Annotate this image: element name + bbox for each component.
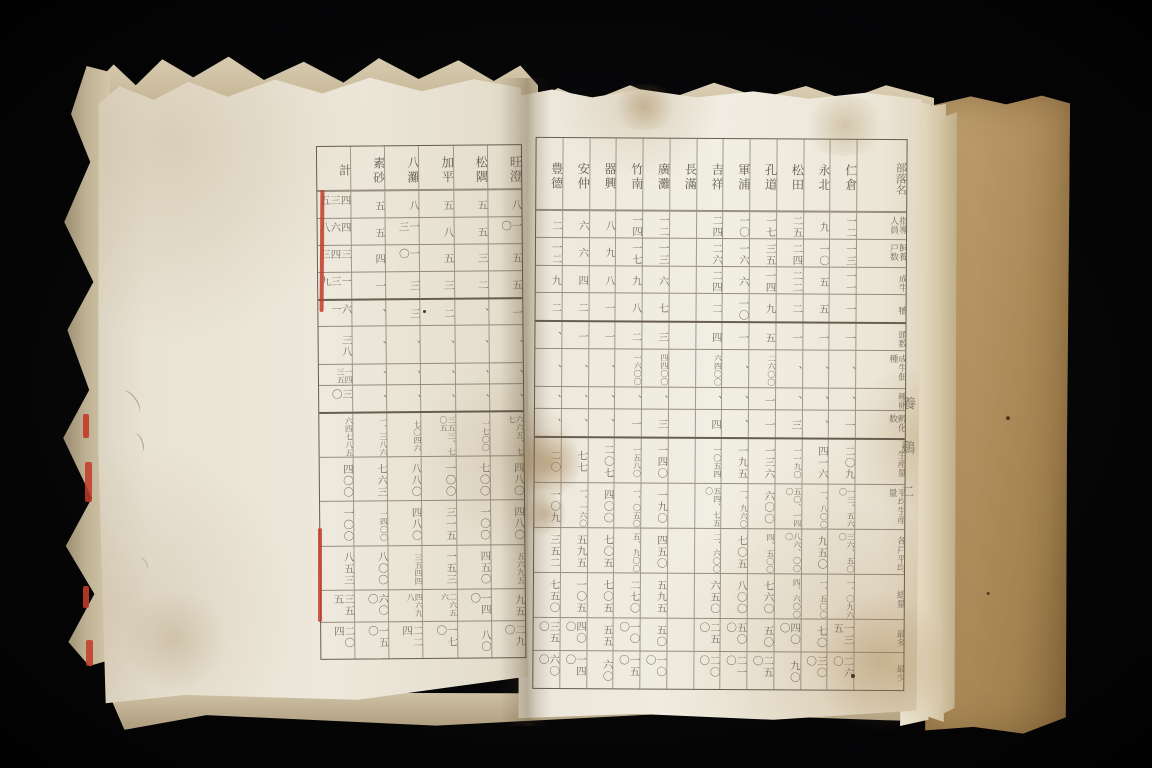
table-cell: 一四〇 [641,438,668,482]
table-cell: 、 [352,327,386,364]
table-cell: 八 [588,266,615,293]
table-cell: 七〇五 [586,528,613,572]
table-cell: 三 [385,272,419,298]
table-cell: 、 [614,388,641,409]
table-cell: 六 [562,238,589,265]
table-cell: 九 [615,266,642,293]
table-cell: 一 [829,295,856,322]
table-cell: 七〇五 [586,573,613,617]
table-cell: 二六〇 [827,653,854,690]
table-cell: 二二四 [388,622,422,659]
table-cell: 五 [419,191,453,217]
table-cell: 三 [641,322,668,349]
table-cell: 六〇〇 [354,590,388,621]
table-cell: 四八〇 [490,501,525,544]
column-header: 廣灘 [642,139,669,210]
table-cell: 一 [828,411,855,438]
table-row: 頭数一一一五一四三二一一、 [535,320,905,351]
table-cell: 七〇五 [720,529,747,573]
table-cell: 三 [641,410,668,437]
table-cell: 八 [615,294,642,321]
table-cell: 一 [775,323,802,350]
column-header: 吉祥 [696,139,723,210]
table-cell: 、 [535,409,561,436]
table-cell: 一〇五 [559,573,586,617]
table-cell: 、 [775,389,802,410]
table-cell [666,652,693,689]
table-cell: 九 [803,213,830,240]
table-cell: 一七 [749,212,776,239]
table-cell: 三五三、七〇五 [421,413,456,456]
table-cell [667,484,694,528]
table-cell: 二七〇 [613,573,640,617]
table-cell: 、 [801,411,828,438]
table-cell: 五、九〇〇 [613,528,640,572]
table-cell: 一二 [536,238,562,265]
table-cell: 七〇四六 [387,413,422,456]
table-cell: 二 [454,271,488,297]
table-cell: 一、〇五〇 [614,483,641,527]
table-cell: 三六、五〇〇 [827,530,854,574]
table-row: 五三五一〇四三四三 [318,243,522,272]
table-cell: 二 [536,211,562,238]
table-cell: 六六五、七七 [489,412,524,455]
table-cell: 七七 [560,438,587,482]
table-cell: 一、九六〇 [720,484,747,528]
table-cell: 、 [588,349,615,386]
table-cell: 一七〇 [423,621,457,658]
table-cell: 二、六〇〇 [693,529,720,573]
table-row: 八五五八五四三五 [317,189,521,218]
table-cell: 二四 [776,240,803,267]
table-cell: 四、六〇〇 [773,574,800,618]
red-edge-mark [83,586,89,608]
table-cell [668,267,695,294]
table-cell [668,294,695,321]
table-cell: 三 [420,271,454,297]
table-cell: 、 [828,389,855,410]
table-cell: 、 [775,351,802,388]
table-cell: 二四 [695,267,722,294]
table-cell: 四五〇 [640,529,667,573]
table-cell [668,323,695,350]
table-cell: 一〇 [802,240,829,267]
table-cell: 五〇 [746,619,773,651]
table-cell: 六五〇 [693,574,720,618]
table-cell: 七 [642,294,669,321]
column-header: 豊德 [536,138,562,209]
table-row: 生産量二〇九四一六一一九〇一三六一九五一〇五四一四〇一五八〇二〇七七七二〇 [535,436,905,484]
table-row: 六六五、七七一七〇〇三五三、七〇五七〇四六一、三八六六四七八五 [319,410,523,457]
column-header: 永北 [803,140,830,211]
table-cell: 八五三 [320,546,354,589]
table-cell: 四 [695,323,722,350]
table-cell: 六〇 [586,651,613,688]
table-cell: 六 [642,266,669,293]
table-cell: 一三、五六〇 [827,485,854,529]
table-cell: 、 [420,363,454,384]
table-cell: 七六三 [353,458,388,501]
table-cell: 一一九〇 [774,439,801,483]
table-cell: 二二 [775,267,802,294]
table-row: 、、、、、一四三五 [319,362,523,385]
table-cell: 一 [561,322,588,349]
paper-speck [987,592,990,595]
table-cell: 、 [454,326,488,363]
column-header: 松田 [776,139,803,210]
table-row: 種卵、、、一、、、、、、、 [535,386,905,410]
photo-of-ledger-book: 部落名仁倉永北松田孔道軍浦吉祥長滿廣灘竹南器興安仲豊德指導人員一二九二五一七一〇… [0,0,1152,768]
table-cell: 五六九五 [490,545,525,588]
table-cell: 一 [588,294,615,321]
table-cell: 、 [694,388,721,409]
table-cell: 五 [748,323,775,350]
left-table: 旺澄松隅加平八灘素砂計八五五八五四三五一〇五八一三五四六八五三五一〇四三四三五二… [316,144,526,660]
table-cell: 五〇〇 [720,619,747,651]
table-cell: 六〇〇 [533,651,559,688]
table-cell: 、 [488,326,522,363]
table-cell: 三五四四 [388,546,423,589]
table-cell: 一、八〇〇 [801,484,828,528]
table-cell: 五四、七五〇 [694,484,721,528]
table-cell: 二六〇〇 [748,350,775,387]
table-row: 、、、、、三〇 [319,383,523,412]
table-cell: 一九〇 [640,484,667,528]
table-cell: 三 [386,300,420,326]
table-cell: 一 [748,388,775,409]
table-cell [669,212,696,239]
table-cell: 八六、〇〇〇 [774,529,801,573]
table-cell: 、 [828,351,855,388]
table-cell: 九五〇 [800,530,827,574]
table-cell: 二六五六 [422,589,456,620]
table-cell: 一三六 [748,439,775,483]
table-cell: 二五〇 [746,652,773,689]
table-cell: 五五 [586,618,613,650]
table-cell: 八〇〇 [720,574,747,618]
table-cell: 二五 [776,212,803,239]
table-cell: 一一 [829,268,856,295]
red-correction-line [318,528,322,622]
table-cell: 一、三八六 [352,414,387,457]
table-cell: 、 [489,384,523,410]
table-cell: 、 [721,350,748,387]
table-cell: 六 [722,267,749,294]
table-row: 犢一五二九一〇二七八一二二 [536,292,906,322]
table-cell: 一五三 [422,545,457,588]
table-cell: 一七 [615,239,642,266]
column-header: 長滿 [669,139,696,210]
table-row: 最少二六〇三〇〇九〇二五〇二一〇二〇〇一〇〇一五〇六〇一四〇六〇〇 [533,650,903,690]
table-cell: 五 [351,218,385,244]
table-cell: 二 [536,293,562,320]
table-cell: 一三 [642,239,669,266]
red-edge-mark [86,640,93,666]
table-row: 飼養戸数一三一〇二四三五一六二六一三一七九六一二 [536,237,906,267]
table-cell: 一 [748,411,775,438]
table-cell [668,410,695,437]
table-cell [666,619,693,651]
table-cell: 七〇 [800,620,827,652]
table-cell: 、 [455,385,489,411]
table-cell: 七〇〇 [455,457,490,500]
table-cell: 一、五〇〇 [800,575,827,619]
table-cell: 一〇〇 [320,502,354,545]
table-cell: 一 [351,272,385,298]
table-cell: 、 [587,410,614,437]
column-header: 計 [317,147,351,190]
table-cell: 一〇 [722,294,749,321]
table-cell: 一三 [829,240,856,267]
table-cell: 一六〇〇 [614,350,641,387]
table-cell: 、 [561,349,588,386]
table-cell: 五 [488,244,522,270]
table-cell: 一五〇 [613,651,640,688]
table-cell: 三 [775,411,802,438]
table-cell: 四六九八 [388,590,422,621]
table-cell: 四四〇〇 [641,350,668,387]
table-cell: 八〇〇 [354,546,389,589]
row-label: 犢 [856,295,906,322]
right-table: 部落名仁倉永北松田孔道軍浦吉祥長滿廣灘竹南器興安仲豊德指導人員一二九二五一七一〇… [532,137,907,691]
table-row: 一、二三、六一 [318,297,522,327]
table-cell: 五九五 [640,574,667,618]
table-cell [667,439,694,483]
column-header: 加平 [418,146,453,189]
table-cell: 一九五 [721,439,748,483]
table-cell: 五 [802,295,829,322]
table-cell: 二 [695,294,722,321]
table-cell: 四〇〇 [587,483,614,527]
column-header: 松隅 [453,145,488,188]
table-cell: 二〇七 [587,438,614,482]
table-cell: 一、一六〇 [560,483,587,527]
table-cell: 一三 [385,218,419,244]
table-cell: 四〇〇 [773,620,800,652]
column-header: 素砂 [350,146,385,189]
table-cell: 四〇〇 [320,458,354,501]
table-cell: 一六 [722,239,749,266]
table-cell: 、 [454,363,488,384]
table-cell: 三五五 [321,590,354,621]
table-cell: 七五〇 [534,573,560,617]
table-cell: 八八〇 [387,457,422,500]
table-cell: 五 [350,191,384,217]
table-row: 五二三三一一三九 [318,270,522,299]
table-header-row: 部落名仁倉永北松田孔道軍浦吉祥長滿廣灘竹南器興安仲豊德 [536,138,906,212]
table-cell: 、 [802,351,829,388]
column-header: 器興 [589,138,616,209]
table-cell [669,239,696,266]
table-cell: 、 [587,387,614,408]
table-cell: 六〇〇 [747,484,774,528]
column-header: 安仲 [562,138,589,209]
column-header: 旺澄 [487,145,522,188]
table-cell: 三八 [318,327,351,364]
table-cell: 五〇、一四〇 [774,484,801,528]
table-cell: 一四 [615,211,642,238]
table-cell: 二〇〇 [693,652,720,689]
row-label: 指導人員 [856,213,906,240]
table-cell: 七六〇 [747,574,774,618]
table-cell: 一〇九 [534,483,560,527]
row-label: 最少 [853,653,903,690]
table-cell: 二九〇 [491,621,525,658]
table-cell: 、 [386,326,420,363]
table-cell: 五 [488,271,522,297]
table-cell: 一 [488,299,522,325]
table-row: 、、、、、三八 [318,325,522,364]
table-header-row: 旺澄松隅加平八灘素砂計 [317,145,521,191]
table-cell: 一四〇 [559,651,586,688]
table-row: 一〇五八一三五四六八 [318,216,522,245]
table-cell: 八 [419,218,453,244]
table-cell: 九 [749,295,776,322]
table-cell: 八 [589,211,616,238]
column-header: 仁倉 [829,140,856,211]
table-cell: 五九五 [560,528,587,572]
table-row: 四八〇一〇〇三一五四八〇一四〇〇一〇〇 [320,500,524,546]
table-cell: 二 [775,295,802,322]
column-header: 竹南 [615,138,642,209]
table-cell: 五 [802,267,829,294]
table-cell: 一五〇 [354,622,388,659]
ink-speck [851,674,855,678]
table-cell: 一 [829,323,856,350]
table-cell: 六四七八五 [319,414,353,457]
table-cell: 、 [421,385,455,411]
ink-speck [423,310,426,313]
table-cell: 四五〇 [456,545,491,588]
table-cell: 一〇〇 [639,651,666,688]
table-cell: 、 [535,349,561,386]
table-row: 五六九五四五〇一五三三五四四八〇〇八五三 [320,544,524,590]
table-cell: 一〇 [722,212,749,239]
table-cell: 一四〇 [456,589,490,620]
table-cell: 一五八〇 [614,438,641,482]
table-cell: 、 [721,388,748,409]
stub-header: 部落名 [856,140,906,211]
table-cell: 、 [454,299,488,325]
table-row: 総量一、〇九六一、五〇〇四、六〇〇七六〇八〇〇六五〇五九五二七〇七〇五一〇五七五… [534,572,904,619]
table-row: 最多一三五七〇四〇〇五〇五〇〇二五〇五〇一〇〇五五四〇〇三五〇 [534,617,904,652]
table-cell: 一四三五 [319,364,352,385]
table-cell: 、 [352,364,386,385]
table-cell: 八〇 [457,621,491,658]
table-cell: 二〇四 [321,622,354,659]
table-row: 成牛一一五二二一四六二四六九八四九 [536,265,906,295]
table-cell: 、 [561,387,588,408]
table-cell: 六四〇〇 [695,350,722,387]
table-cell: 八 [487,190,521,216]
table-cell: 一二 [829,213,856,240]
table-cell: 二六 [695,239,722,266]
row-label: 最多 [853,620,903,652]
table-cell: 一〇 [385,245,419,271]
table-cell: 一〇 [487,217,521,243]
table-row: 孵化数一、三一、四三一、、、 [535,408,905,438]
table-cell: 三〇〇 [800,652,827,689]
column-header: 孔道 [749,139,776,210]
table-cell: 四八〇 [489,456,524,499]
table-cell: 一〇〇 [613,619,640,651]
column-header: 八灘 [384,146,419,189]
table-cell: 一、〇九六 [827,575,854,619]
table-cell: 一三五 [827,620,854,652]
table-cell: 、 [641,388,668,409]
table-cell: 三五二 [534,528,560,572]
red-edge-mark [85,462,92,502]
table-cell: 、 [721,410,748,437]
table-cell: 一二 [642,212,669,239]
table-cell: 、 [801,389,828,410]
table-cell: 五 [453,217,487,243]
row-label: 成牛佃種 [855,351,905,388]
table-row: 指導人員一二九二五一七一〇二四一二一四八六二 [536,210,906,240]
table-cell: 一 [722,323,749,350]
table-cell: 四 [694,410,721,437]
table-cell: 一 [588,322,615,349]
column-header: 軍浦 [722,139,749,210]
table-cell: 三〇 [319,386,352,412]
table-cell: 、 [535,322,561,349]
table-cell: 、 [489,363,523,384]
table-cell: 、 [351,300,385,326]
table-cell: 一四〇〇 [353,502,388,545]
table-cell: 四 [561,266,588,293]
right-page: 部落名仁倉永北松田孔道軍浦吉祥長滿廣灘竹南器興安仲豊德指導人員一二九二五一七一〇… [516,87,922,723]
table-cell: 一 [614,410,641,437]
table-row: 二九〇八〇一七〇二二四一五〇二〇四 [321,620,525,659]
table-cell: 二〇九 [828,440,855,484]
table-cell: 、 [535,387,561,408]
table-cell: 五〇 [639,619,666,651]
table-cell: 四〇〇 [559,618,586,650]
table-cell: 六一 [318,300,351,326]
row-label: 成牛 [856,268,906,295]
table-cell: 四 [351,245,385,271]
table-cell: 九 [536,266,562,293]
table-cell: 、 [561,409,588,436]
table-row: 九五一四〇二六五六四六九八六〇〇三五五 [321,588,525,622]
table-cell [666,574,693,618]
table-cell: 一〇〇 [421,457,456,500]
paper-speck [1006,416,1010,420]
table-cell: 四八〇 [387,501,422,544]
table-cell: 三五〇 [534,618,560,650]
row-label: 頭数 [855,324,905,351]
table-cell: 一〇五四 [694,439,721,483]
table-cell: 二 [561,293,588,320]
page-edge-strip [941,112,957,714]
table-cell: 八 [385,191,419,217]
table-cell: 五 [419,245,453,271]
left-page: 旺澄松隅加平八灘素砂計八五五八五四三五一〇五八一三五四六八五三五一〇四三四三五二… [93,62,531,706]
table-cell: 二五〇 [693,619,720,651]
table-cell: 、 [352,386,386,412]
table-cell [668,388,695,409]
table-cell: 二一〇 [720,652,747,689]
table-cell: 三一五 [422,501,457,544]
table-cell: 二 [615,322,642,349]
table-row: 成牛佃種、、、二六〇〇、六四〇〇四四〇〇一六〇〇、、、 [535,348,905,388]
table-cell: 一〇〇 [456,501,491,544]
table-cell: 九 [588,239,615,266]
table-cell [668,350,695,387]
table-cell: 二四 [696,212,723,239]
table-cell: 二〇 [535,438,561,482]
table-cell [667,529,694,573]
